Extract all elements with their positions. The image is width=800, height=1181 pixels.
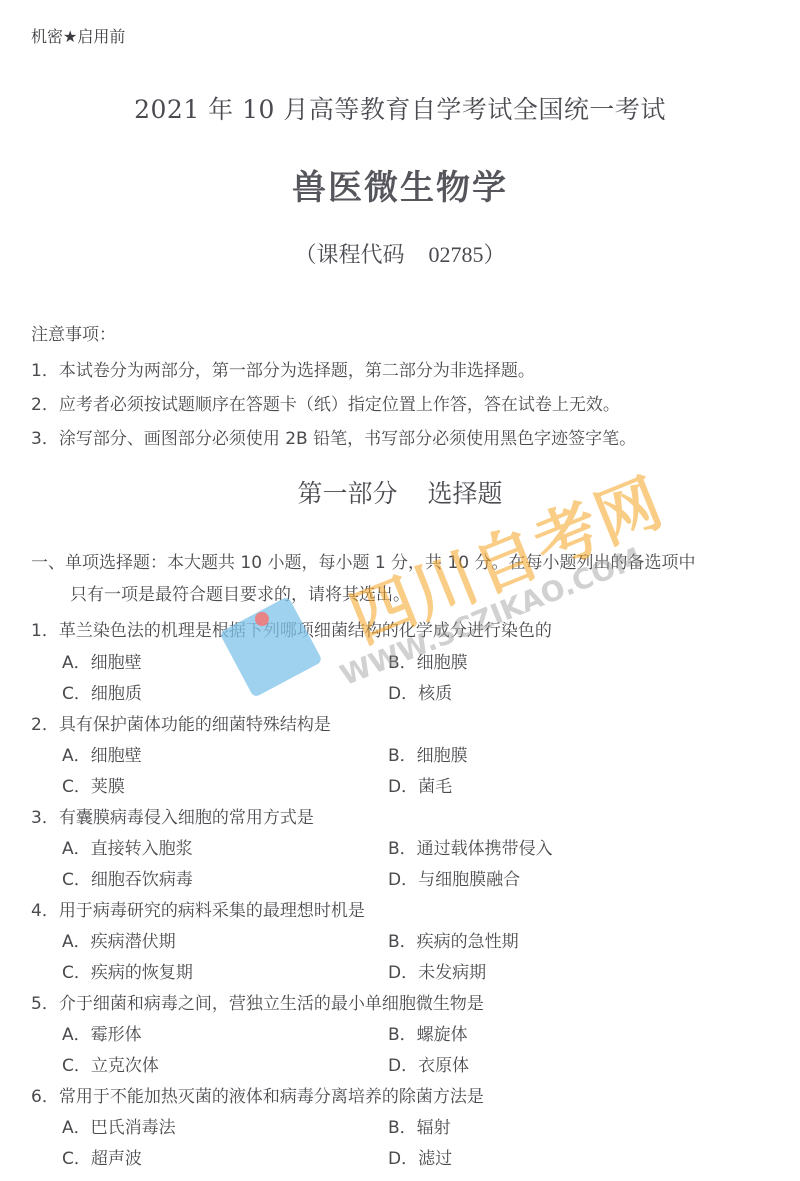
option-d: D．菌毛 [388,772,452,797]
question-stem: 2．具有保护菌体功能的细菌特殊结构是 [31,710,331,735]
confidential-label: 机密★启用前 [31,24,125,47]
question-stem: 1．革兰染色法的机理是根据下列哪项细菌结构的化学成分进行染色的 [31,616,552,641]
option-c: C．细胞吞饮病毒 [62,865,193,890]
option-c: C．荚膜 [62,772,125,797]
question-stem: 6．常用于不能加热灭菌的液体和病毒分离培养的除菌方法是 [31,1082,484,1107]
option-c: C．立克次体 [62,1051,159,1076]
option-b: B．细胞膜 [388,741,468,766]
option-a: A．巴氏消毒法 [62,1113,176,1138]
option-b: B．辐射 [388,1113,451,1138]
option-c: C．超声波 [62,1144,142,1169]
course-code: （课程代码02785） [0,238,800,269]
option-b: B．细胞膜 [388,648,468,673]
note-item: 1．本试卷分为两部分，第一部分为选择题，第二部分为非选择题。 [31,356,535,381]
option-c: C．细胞质 [62,679,142,704]
notes-title: 注意事项： [31,320,116,345]
section-instruction: 一、单项选择题：本大题共 10 小题，每小题 1 分，共 10 分。在每小题列出… [31,548,696,573]
option-b: B．螺旋体 [388,1020,468,1045]
part-title: 第一部分选择题 [0,474,800,510]
note-item: 2．应考者必须按试题顺序在答题卡（纸）指定位置上作答，答在试卷上无效。 [31,390,620,415]
note-item: 3．涂写部分、画图部分必须使用 2B 铅笔，书写部分必须使用黑色字迹签字笔。 [31,424,636,449]
watermark-logo-icon [219,596,323,698]
question-stem: 5．介于细菌和病毒之间，营独立生活的最小单细胞微生物是 [31,989,484,1014]
option-c: C．疾病的恢复期 [62,958,193,983]
subject-title: 兽医微生物学 [0,160,800,209]
section-instruction-cont: 只有一项是最符合题目要求的，请将其选出。 [70,580,410,605]
option-d: D．滤过 [388,1144,452,1169]
option-a: A．细胞壁 [62,741,142,766]
option-b: B．通过载体携带侵入 [388,834,553,859]
exam-page: 机密★启用前 2021 年 10 月高等教育自学考试全国统一考试 兽医微生物学 … [0,0,800,1181]
option-b: B．疾病的急性期 [388,927,519,952]
course-code-value: 02785） [429,242,506,267]
option-d: D．衣原体 [388,1051,469,1076]
option-a: A．直接转入胞浆 [62,834,193,859]
option-d: D．核质 [388,679,452,704]
option-a: A．霉形体 [62,1020,142,1045]
question-stem: 3．有囊膜病毒侵入细胞的常用方式是 [31,803,314,828]
option-a: A．细胞壁 [62,648,142,673]
option-d: D．未发病期 [388,958,486,983]
option-a: A．疾病潜伏期 [62,927,176,952]
course-code-label: （课程代码 [294,243,404,268]
question-stem: 4．用于病毒研究的病料采集的最理想时机是 [31,896,365,921]
option-d: D．与细胞膜融合 [388,865,520,890]
exam-title: 2021 年 10 月高等教育自学考试全国统一考试 [0,90,800,126]
